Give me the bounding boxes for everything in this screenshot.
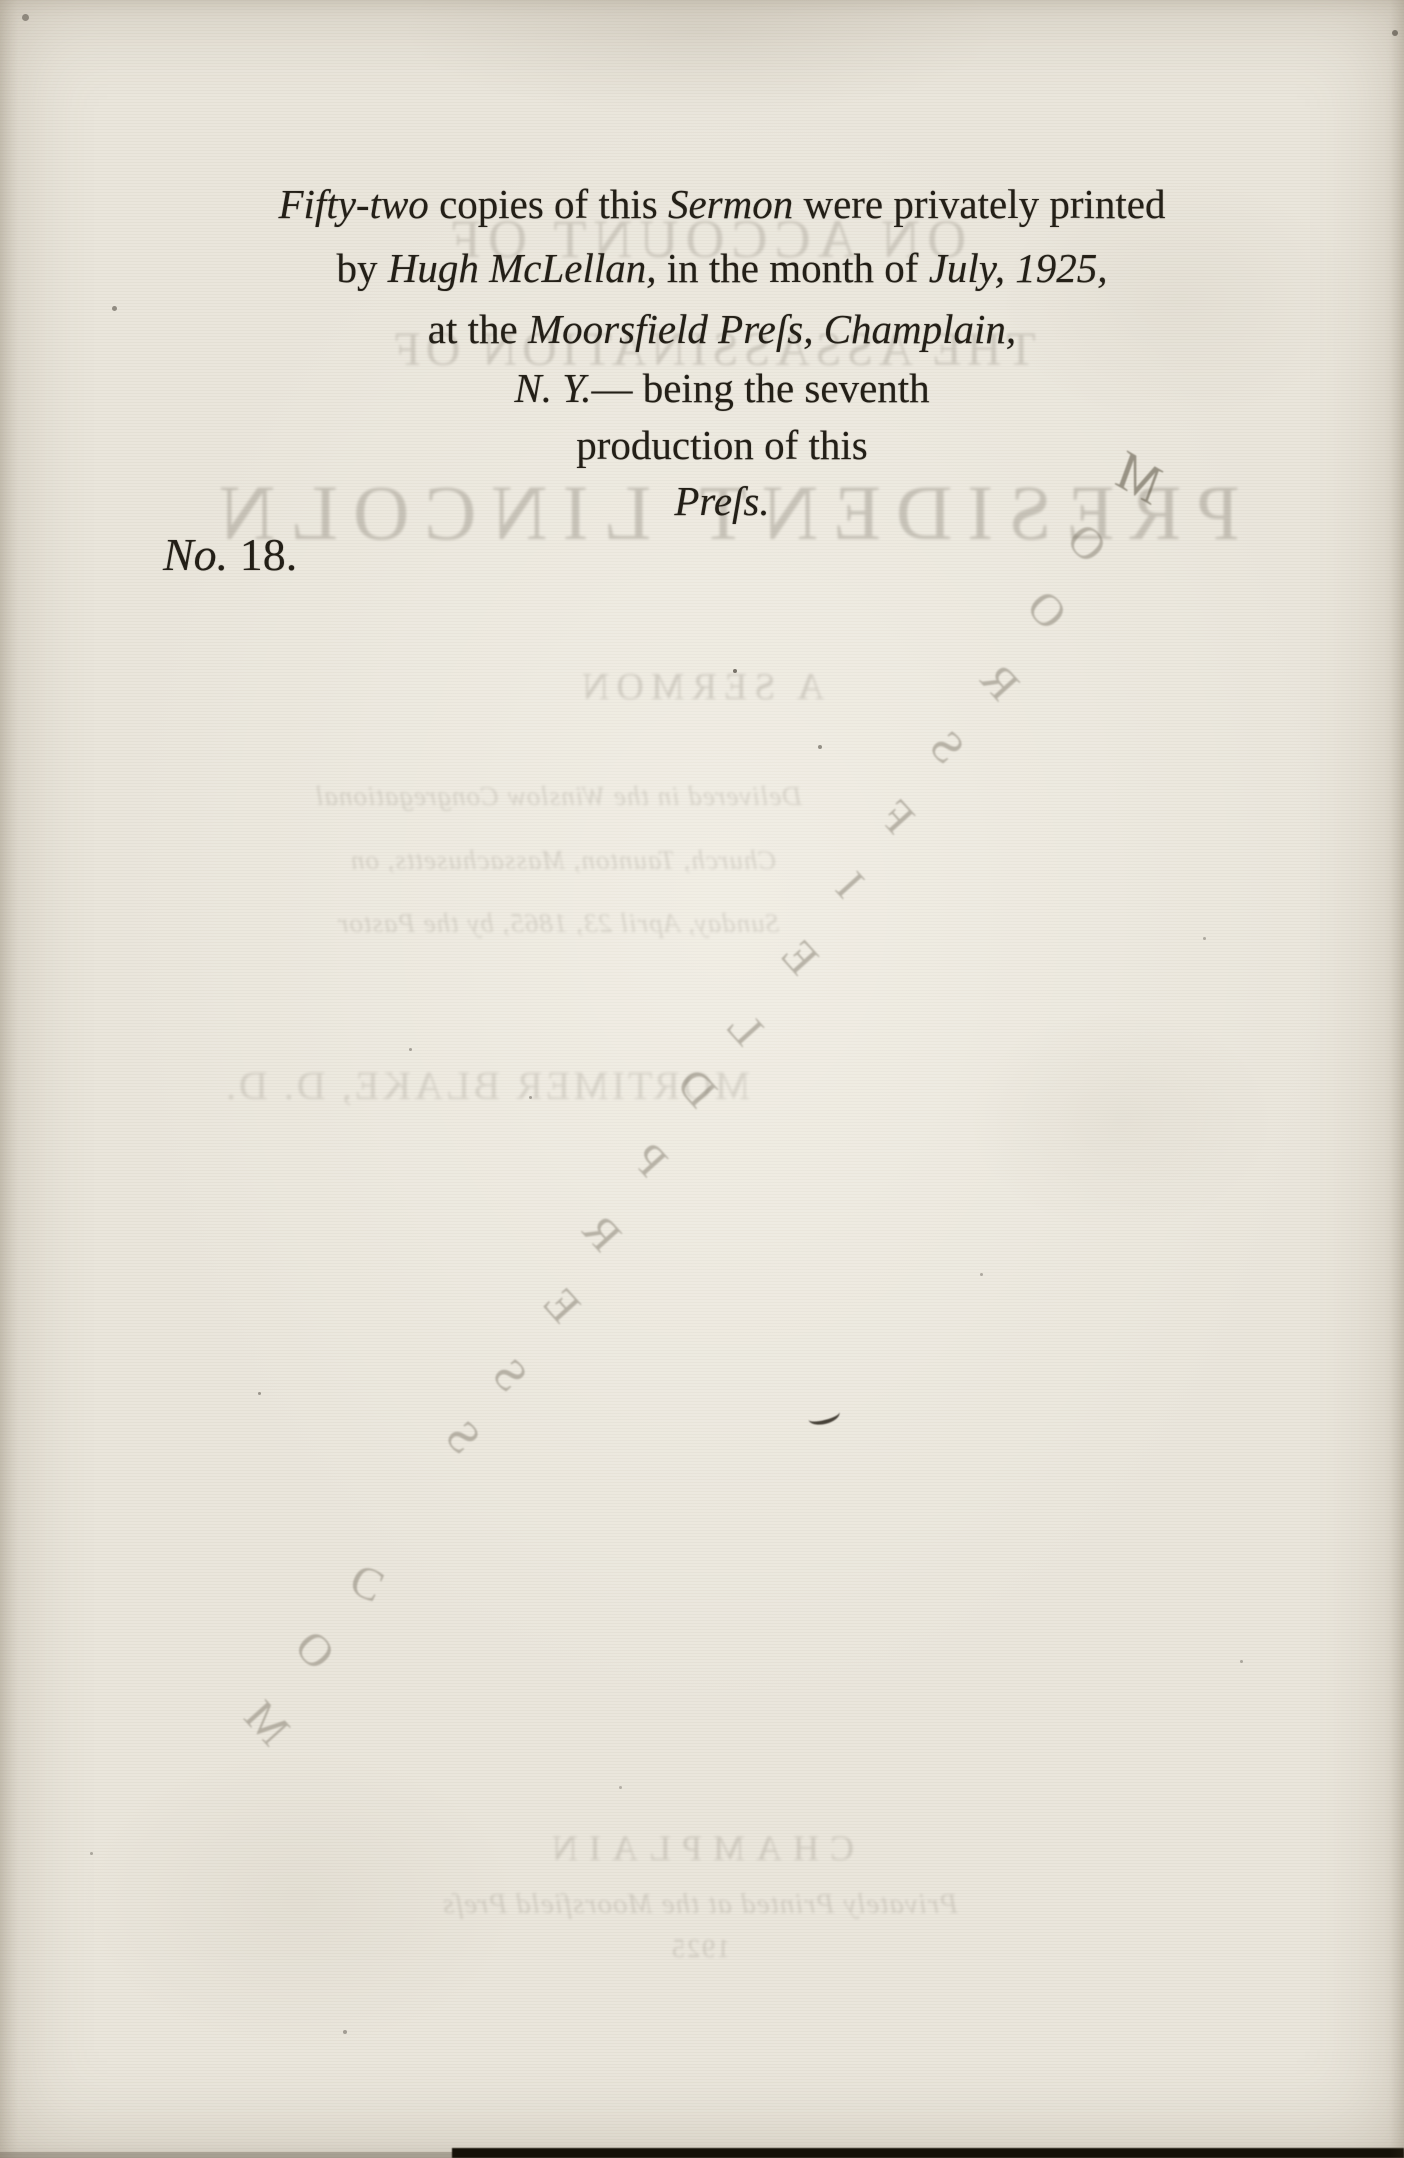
paper-speck — [409, 1048, 412, 1051]
colophon-italic-text: Preſs. — [674, 478, 769, 524]
ghost-diagonal-letter: D — [669, 1060, 725, 1115]
paper-speck — [1240, 1660, 1243, 1663]
colophon-roman-text: were privately printed — [793, 181, 1165, 227]
colophon-italic-text: N. Y. — [514, 365, 591, 411]
ghost-diagonal-letter: E — [774, 931, 827, 983]
ghost-diagonal-letter: P — [624, 1135, 675, 1185]
ghost-text: Privately Printed at the Moorsfield Preſ… — [442, 1890, 958, 1919]
paper-speck — [258, 1392, 261, 1395]
ghost-diagonal-letter: E — [536, 1279, 589, 1331]
ghost-diagonal-letter: O — [1019, 582, 1075, 637]
colophon-roman-text: in the month of — [657, 245, 929, 291]
colophon-italic-text: July, 1925, — [929, 245, 1108, 291]
paper-speck — [90, 1852, 93, 1855]
colophon-line: by Hugh McLellan, in the month of July, … — [40, 248, 1404, 289]
paper-speck — [980, 1273, 983, 1276]
ghost-diagonal-letter: O — [1059, 515, 1115, 570]
ghost-text: A SERMON — [575, 668, 824, 706]
paper-speck — [22, 14, 29, 21]
ghost-text: Sunday, April 23, 1865, by the Pastor — [337, 910, 779, 937]
ink-tick-mark — [807, 1404, 842, 1427]
ghost-diagonal-letter: R — [575, 1206, 630, 1260]
colophon-italic-text: Sermon — [668, 181, 793, 227]
colophon-line: production of this — [40, 425, 1404, 466]
ghost-diagonal-letter: F — [871, 792, 922, 842]
ghost-diagonal-letter: I — [828, 864, 872, 906]
scanned-book-page: ON ACCOUNT OFTHE ASSASSINATION OFPRESIDE… — [0, 0, 1404, 2158]
ghost-text: CHAMPLAIN — [541, 1830, 854, 1866]
copy-number: No. 18. — [163, 532, 297, 578]
colophon-roman-text: production of this — [576, 422, 868, 468]
paper-speck — [529, 1096, 532, 1099]
paper-speck — [619, 1786, 622, 1789]
ghost-text: 1925 — [670, 1936, 730, 1962]
colophon-line: Fifty-two copies of this Sermon were pri… — [40, 184, 1404, 225]
ghost-diagonal-letter: C — [343, 1556, 390, 1611]
copy-number-value: 18. — [240, 529, 298, 580]
ghost-diagonal-letter: O — [287, 1622, 343, 1677]
colophon-roman-text: by — [337, 245, 388, 291]
ghost-diagonal-letter: M — [236, 1692, 298, 1753]
colophon-line: N. Y.— being the seventh — [40, 368, 1404, 409]
ghost-diagonal-letter: R — [973, 655, 1028, 709]
paper-speck — [818, 745, 822, 749]
copy-number-label: No. — [163, 529, 228, 580]
paper-speck — [343, 2030, 347, 2034]
ghost-text: MORTIMER BLAKE, D. D. — [223, 1066, 750, 1106]
ghost-text: Delivered in the Winslow Congregational — [315, 783, 802, 810]
ghost-text: Church, Taunton, Massachusetts, on — [350, 847, 777, 874]
ghost-diagonal-letter: S — [484, 1350, 535, 1400]
paper-speck — [1392, 30, 1398, 36]
paper-speck — [733, 669, 737, 673]
colophon-roman-text: copies of this — [429, 181, 668, 227]
colophon-roman-text: — being the seventh — [591, 365, 929, 411]
colophon-italic-text: Hugh McLellan, — [388, 245, 657, 291]
scan-bottom-edge-dark — [452, 2148, 1404, 2158]
colophon-italic-text: Fifty-two — [279, 181, 429, 227]
colophon-roman-text: at the — [428, 306, 528, 352]
colophon-italic-text: Moorsfield Preſs, Champlain, — [528, 306, 1016, 352]
ghost-diagonal-letter: S — [921, 722, 972, 772]
ghost-diagonal-letter: L — [719, 1002, 772, 1054]
colophon-line: Preſs. — [40, 481, 1404, 522]
colophon-line: at the Moorsfield Preſs, Champlain, — [40, 309, 1404, 350]
ghost-diagonal-letter: S — [437, 1412, 488, 1462]
paper-speck — [1203, 937, 1206, 940]
